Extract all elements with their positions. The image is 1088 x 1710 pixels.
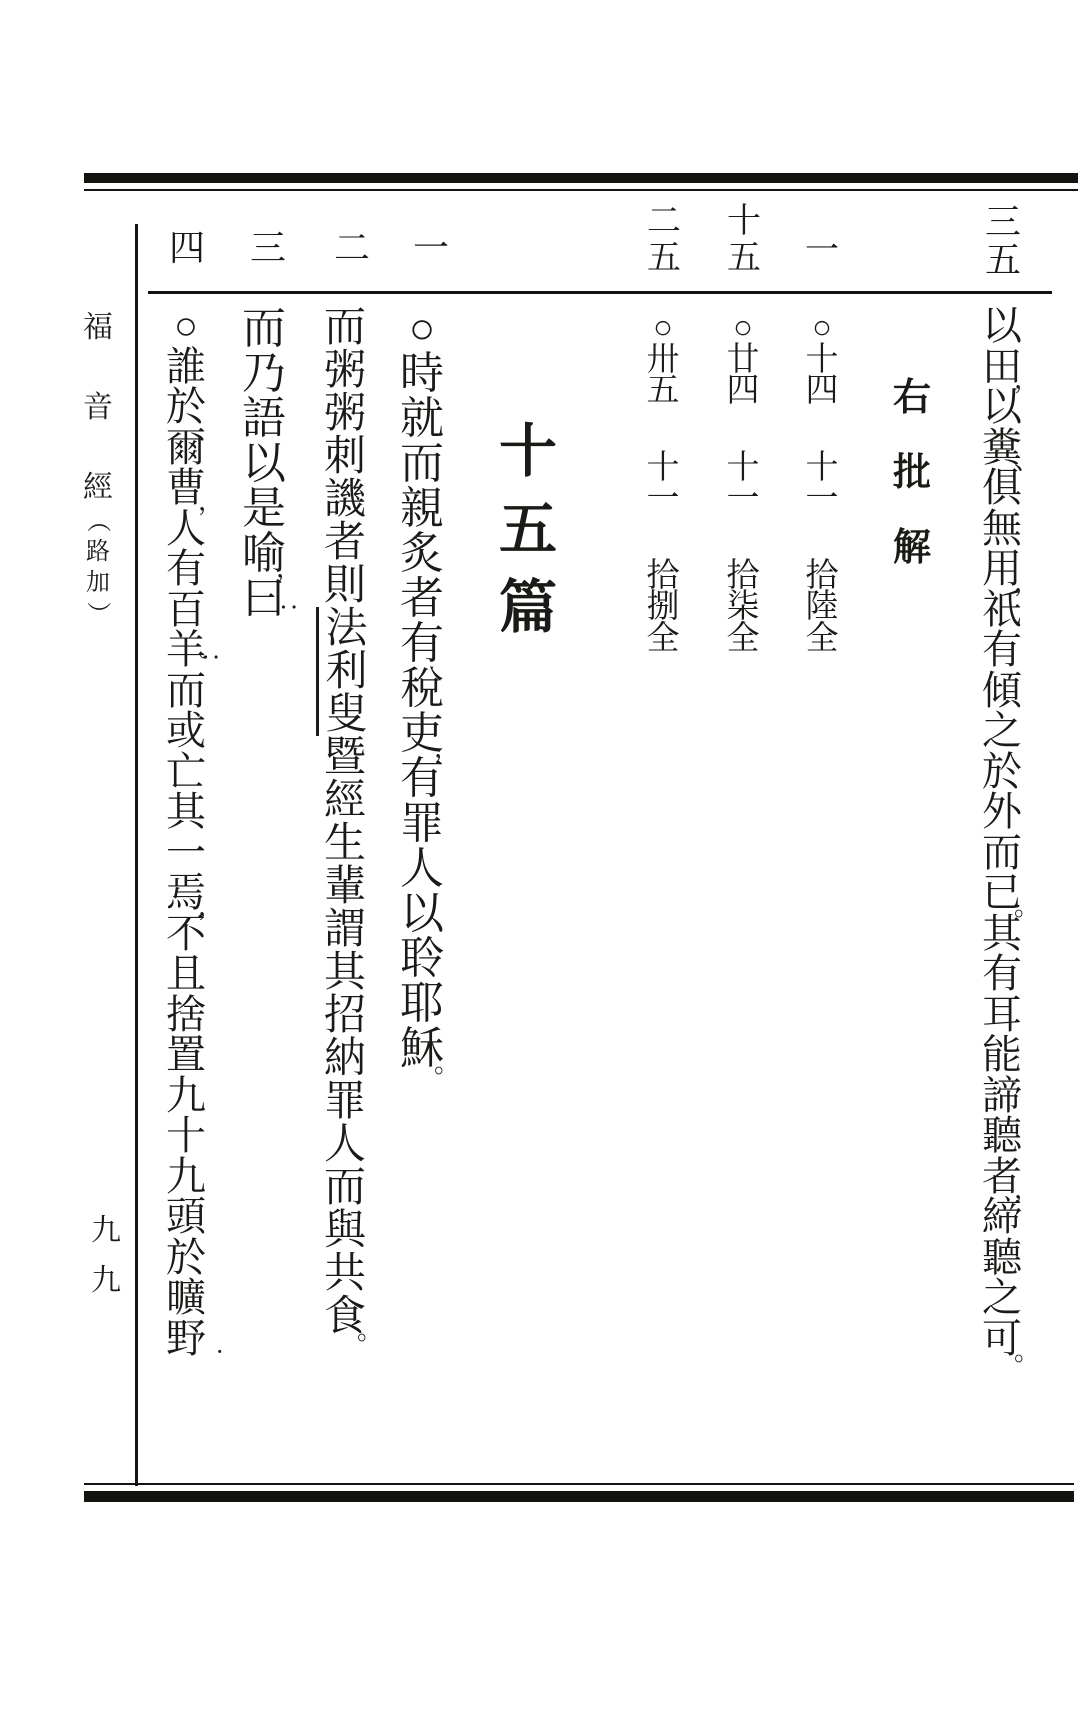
top-border-thin bbox=[84, 189, 1078, 191]
punctuation-mark: 。 bbox=[1014, 1339, 1040, 1365]
char-cell: 經 bbox=[317, 779, 373, 822]
char-cell: ○ bbox=[394, 306, 450, 351]
char-cell: 以 bbox=[974, 387, 1030, 428]
char-cell: 拾 bbox=[643, 561, 683, 593]
char-cell: 而 bbox=[236, 306, 292, 351]
char-cell: 人 bbox=[394, 846, 450, 891]
ref-column-number-3: 二五 bbox=[644, 203, 684, 277]
char-cell: 乃 bbox=[236, 351, 292, 396]
char-cell: 無 bbox=[974, 509, 1030, 550]
char-cell: 親 bbox=[394, 486, 450, 531]
char-cell: 刺 bbox=[317, 435, 373, 478]
char-cell: 四 bbox=[723, 376, 763, 408]
char-cell: 十 bbox=[802, 453, 842, 485]
char-cell: 粥 bbox=[317, 392, 373, 435]
char-cell: 九 bbox=[158, 1157, 214, 1198]
char-cell: 一 bbox=[723, 484, 763, 516]
column-gap bbox=[802, 408, 842, 453]
char-cell: 人 bbox=[158, 509, 214, 550]
char-cell: 叟 bbox=[316, 693, 375, 736]
char-cell: ○ bbox=[643, 313, 683, 345]
char-cell: 炙 bbox=[394, 531, 450, 576]
char-cell: 五 bbox=[724, 240, 764, 277]
char-cell: 譏 bbox=[317, 478, 373, 521]
char-cell: ○ bbox=[802, 313, 842, 345]
char-cell: ○ bbox=[158, 306, 214, 347]
char-cell: 締 bbox=[974, 1197, 1030, 1238]
char-cell: 法 bbox=[316, 607, 375, 650]
column-gap bbox=[723, 408, 763, 453]
char-cell: 以 bbox=[236, 441, 292, 486]
char-cell: 全 bbox=[723, 624, 763, 656]
char-cell: 以 bbox=[394, 891, 450, 936]
column-gap bbox=[643, 516, 683, 561]
char-cell: 就 bbox=[394, 396, 450, 441]
char-cell: 四 bbox=[802, 376, 842, 408]
punctuation-mark: ： bbox=[276, 601, 302, 627]
char-cell: 置 bbox=[158, 1035, 214, 1076]
scanned-book-page: 福音經 （路加） 九九 三五 一 十五 二五 一 二 三 四 以田，以糞、俱無用… bbox=[0, 0, 1088, 1710]
char-cell: 穌。 bbox=[394, 1026, 450, 1071]
char-cell: 廿 bbox=[723, 345, 763, 377]
char-cell: 五 bbox=[644, 240, 684, 277]
char-cell: 不 bbox=[158, 914, 214, 955]
char-cell: 九 bbox=[158, 1076, 214, 1117]
annotation-label: 右批解 bbox=[888, 360, 936, 585]
char-cell: 音 bbox=[80, 368, 116, 448]
verse-number-3: 三 bbox=[248, 230, 288, 266]
char-cell: 招 bbox=[317, 994, 373, 1037]
char-cell: 諦 bbox=[974, 1076, 1030, 1117]
char-cell: 解 bbox=[888, 510, 936, 585]
char-cell: 且 bbox=[158, 954, 214, 995]
char-cell: 羊； bbox=[158, 630, 214, 671]
char-cell: 野· bbox=[158, 1319, 214, 1360]
char-cell: 者， bbox=[974, 1157, 1030, 1198]
top-border-thick bbox=[84, 173, 1078, 183]
chapter-heading: 十五篇 bbox=[498, 413, 558, 647]
continuation-verse-number: 三五 bbox=[981, 203, 1025, 279]
char-cell: 一 bbox=[411, 230, 451, 266]
char-cell: 而 bbox=[317, 306, 373, 349]
char-cell: 全 bbox=[802, 624, 842, 656]
char-cell: 以 bbox=[974, 306, 1030, 347]
char-cell: 用， bbox=[974, 549, 1030, 590]
char-cell: 一 bbox=[802, 484, 842, 516]
char-cell: 一 bbox=[802, 232, 842, 269]
char-cell: 時 bbox=[394, 351, 450, 396]
char-cell: 喻， bbox=[236, 531, 292, 576]
char-cell: 四 bbox=[167, 230, 207, 266]
ref-column-number-1: 一 bbox=[802, 232, 842, 269]
char-cell: 五 bbox=[643, 376, 683, 408]
char-cell: 者 bbox=[394, 576, 450, 621]
char-cell: 捌 bbox=[643, 592, 683, 624]
char-cell: 之 bbox=[974, 1278, 1030, 1319]
char-cell: 批 bbox=[888, 435, 936, 510]
bottom-border-thick bbox=[84, 1491, 1074, 1502]
char-cell: 而 bbox=[317, 1166, 373, 1209]
char-cell: 篇 bbox=[498, 569, 558, 647]
char-cell: 九 bbox=[88, 1256, 124, 1306]
page-number: 九九 bbox=[88, 1206, 124, 1306]
ref-column-number-2: 十五 bbox=[724, 203, 764, 277]
char-cell: （ bbox=[83, 506, 114, 536]
char-cell: 三 bbox=[981, 203, 1025, 241]
char-cell: 罪 bbox=[394, 801, 450, 846]
char-cell: 卅 bbox=[643, 345, 683, 377]
char-cell: 右 bbox=[888, 360, 936, 435]
verse-number-4: 四 bbox=[167, 230, 207, 266]
char-cell: 利 bbox=[316, 650, 375, 693]
char-cell: 是 bbox=[236, 486, 292, 531]
char-cell: 有 bbox=[394, 756, 450, 801]
char-cell: 祇 bbox=[974, 590, 1030, 631]
verse-number-1: 一 bbox=[411, 230, 451, 266]
char-cell: 納 bbox=[317, 1037, 373, 1080]
ref-entry-1: ○十四十一拾陸全 bbox=[802, 313, 842, 655]
char-cell: 共 bbox=[317, 1252, 373, 1295]
char-cell: 捨 bbox=[158, 995, 214, 1036]
char-cell: 十 bbox=[724, 203, 764, 240]
char-cell: ○ bbox=[723, 313, 763, 345]
char-cell: 者 bbox=[317, 521, 373, 564]
char-cell: 或 bbox=[158, 711, 214, 752]
char-cell: 九 bbox=[88, 1206, 124, 1256]
char-cell: 曠 bbox=[158, 1278, 214, 1319]
char-cell: 二 bbox=[332, 230, 372, 266]
punctuation-mark: 。 bbox=[357, 1318, 383, 1344]
char-cell: 而 bbox=[974, 833, 1030, 874]
char-cell: 十 bbox=[158, 1116, 214, 1157]
char-cell: 稅 bbox=[394, 666, 450, 711]
char-cell: 誰 bbox=[158, 347, 214, 388]
char-cell: 耳 bbox=[974, 995, 1030, 1036]
char-cell: ） bbox=[83, 599, 114, 629]
char-cell: 拾 bbox=[723, 561, 763, 593]
char-cell: 食。 bbox=[317, 1295, 373, 1338]
char-cell: 能 bbox=[974, 1035, 1030, 1076]
char-cell: 全 bbox=[643, 624, 683, 656]
column-gap bbox=[723, 516, 763, 561]
char-cell: 語 bbox=[236, 396, 292, 441]
char-cell: 罪 bbox=[317, 1080, 373, 1123]
margin-divider-line bbox=[135, 224, 138, 1486]
char-cell: 二 bbox=[644, 203, 684, 240]
char-cell: 其 bbox=[974, 914, 1030, 955]
char-cell: 輩 bbox=[317, 865, 373, 908]
char-cell: 於 bbox=[158, 387, 214, 428]
char-cell: 一 bbox=[643, 484, 683, 516]
char-cell: 加 bbox=[83, 567, 113, 598]
char-cell: 而 bbox=[158, 671, 214, 712]
verse-3-text: 而乃語以是喻，曰： bbox=[236, 306, 292, 621]
char-cell: 粥 bbox=[317, 349, 373, 392]
char-cell: 生 bbox=[317, 822, 373, 865]
char-cell: 拾 bbox=[802, 561, 842, 593]
char-cell: 百 bbox=[158, 590, 214, 631]
char-cell: 曹， bbox=[158, 468, 214, 509]
char-cell: 其 bbox=[158, 792, 214, 833]
char-cell: 五 bbox=[498, 491, 558, 569]
char-cell: 十 bbox=[723, 453, 763, 485]
char-cell: 曰： bbox=[236, 576, 292, 621]
bottom-border-thin bbox=[84, 1483, 1074, 1485]
book-title-sub: （路加） bbox=[83, 505, 113, 629]
char-cell: 有 bbox=[974, 630, 1030, 671]
verse-1-text: ○時就而親炙者有稅吏，有罪人以聆耶穌。 bbox=[394, 306, 450, 1071]
char-cell: 人 bbox=[317, 1123, 373, 1166]
char-cell: 柒 bbox=[723, 592, 763, 624]
char-cell: 外 bbox=[974, 792, 1030, 833]
continuation-verse-text: 以田，以糞、俱無用，祇有傾之於外而已。其有耳能諦聽者，締聽之可。 bbox=[974, 306, 1030, 1359]
char-cell: 之 bbox=[974, 711, 1030, 752]
char-cell: 耶 bbox=[394, 981, 450, 1026]
ref-entry-2: ○廿四十一拾柒全 bbox=[723, 313, 763, 655]
char-cell: 頭 bbox=[158, 1197, 214, 1238]
char-cell: 則 bbox=[317, 564, 373, 607]
column-gap bbox=[802, 516, 842, 561]
column-header-rule bbox=[148, 291, 1052, 294]
char-cell: 田， bbox=[974, 347, 1030, 388]
ref-entry-3: ○卅五十一拾捌全 bbox=[643, 313, 683, 655]
char-cell: 十 bbox=[643, 453, 683, 485]
char-cell: 糞、 bbox=[974, 428, 1030, 469]
char-cell: 傾 bbox=[974, 671, 1030, 712]
char-cell: 路 bbox=[83, 536, 113, 567]
punctuation-mark: · bbox=[215, 1339, 224, 1365]
char-cell: 謂 bbox=[317, 908, 373, 951]
char-cell: 五 bbox=[981, 241, 1025, 279]
char-cell: 於 bbox=[158, 1238, 214, 1279]
punctuation-mark: 。 bbox=[434, 1051, 460, 1077]
char-cell: 聆 bbox=[394, 936, 450, 981]
char-cell: 十 bbox=[802, 345, 842, 377]
char-cell: 十 bbox=[498, 413, 558, 491]
char-cell: 有 bbox=[394, 621, 450, 666]
char-cell: 亡 bbox=[158, 752, 214, 793]
char-cell: 吏， bbox=[394, 711, 450, 756]
char-cell: 陸 bbox=[802, 592, 842, 624]
verse-2-text: 而粥粥刺譏者則法利叟暨經生輩謂其招納罪人而與共食。 bbox=[317, 306, 373, 1338]
char-cell: 一 bbox=[158, 833, 214, 874]
char-cell: 焉， bbox=[158, 873, 214, 914]
char-cell: 而 bbox=[394, 441, 450, 486]
column-gap bbox=[643, 408, 683, 453]
char-cell: 暨 bbox=[317, 736, 373, 779]
char-cell: 聽 bbox=[974, 1116, 1030, 1157]
char-cell: 已。 bbox=[974, 873, 1030, 914]
book-title-main: 福音經 bbox=[80, 288, 116, 528]
char-cell: 有 bbox=[158, 549, 214, 590]
char-cell: 有 bbox=[974, 954, 1030, 995]
char-cell: 可。 bbox=[974, 1319, 1030, 1360]
verse-4-text: ○誰於爾曹，人有百羊；而或亡其一焉，不且捨置九十九頭於曠野· bbox=[158, 306, 214, 1359]
char-cell: 爾 bbox=[158, 428, 214, 469]
verse-number-2: 二 bbox=[332, 230, 372, 266]
char-cell: 俱 bbox=[974, 468, 1030, 509]
char-cell: 福 bbox=[80, 288, 116, 368]
char-cell: 其 bbox=[317, 951, 373, 994]
char-cell: 於 bbox=[974, 752, 1030, 793]
char-cell: 與 bbox=[317, 1209, 373, 1252]
char-cell: 聽 bbox=[974, 1238, 1030, 1279]
char-cell: 三 bbox=[248, 230, 288, 266]
